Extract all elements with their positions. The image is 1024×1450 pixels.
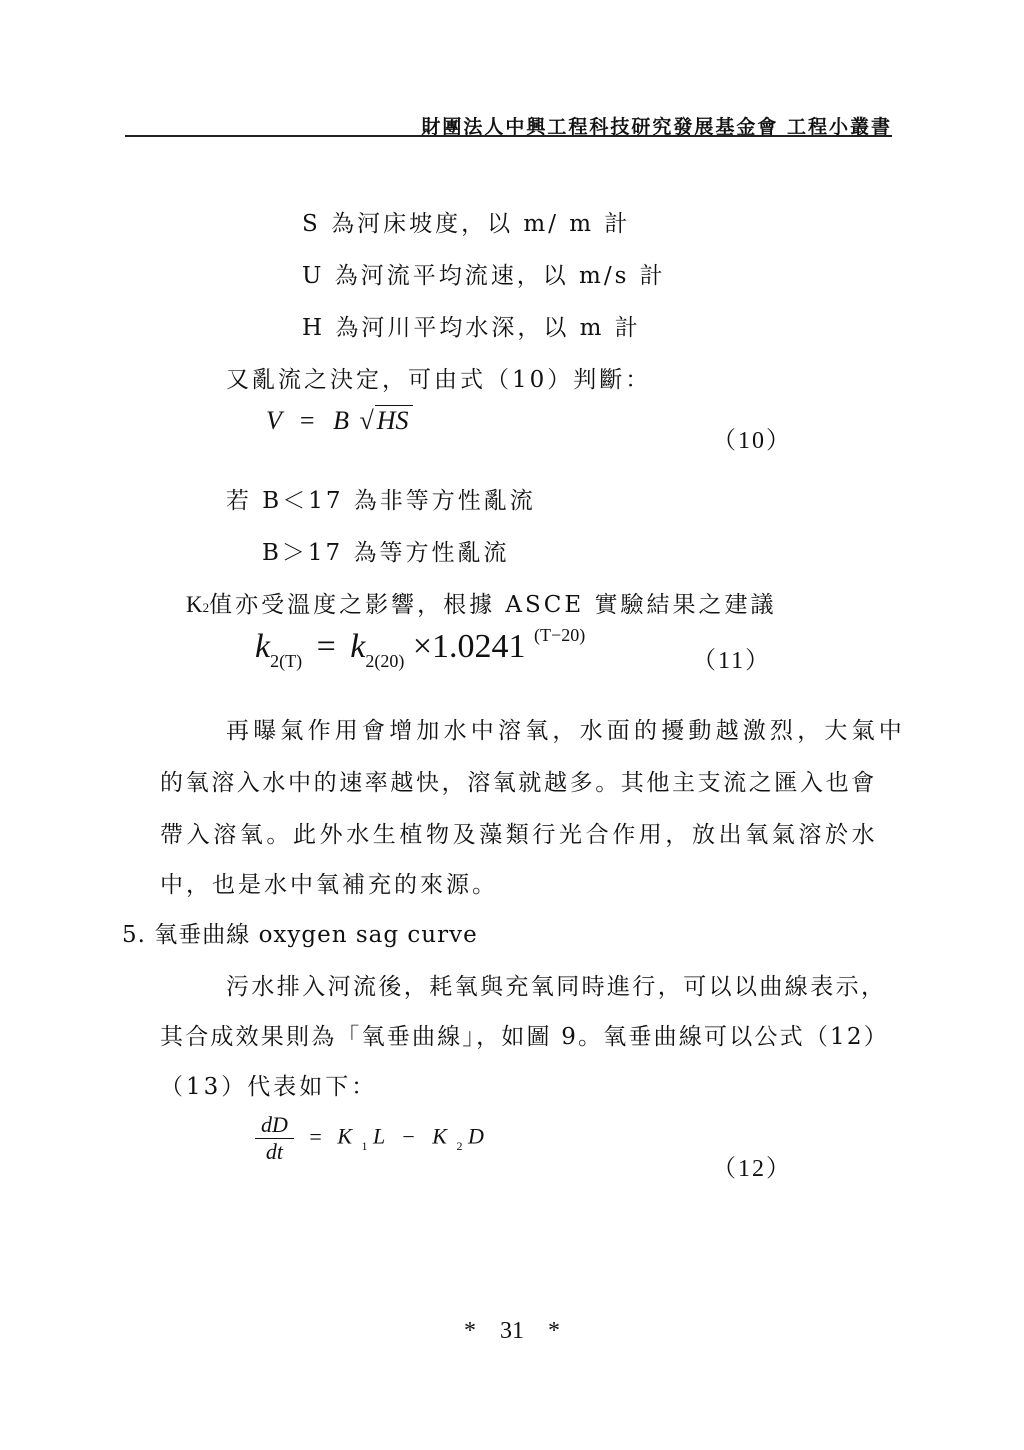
paragraph-line: 帶入溶氧。此外水生植物及藻類行光合作用，放出氧氣溶於水 (160, 816, 878, 849)
condition-anisotropic: 若 B＜17 為非等方性亂流 (226, 482, 536, 515)
equation-10-number: （10） (712, 420, 792, 455)
turbulence-intro: 又亂流之決定，可由式（10）判斷： (226, 361, 651, 394)
eq10-coef: B (333, 406, 349, 435)
equation-11: k2(T) = k2(20) ×1.0241 (T−20) (255, 625, 585, 672)
definition-s: S 為河床坡度，以 m/ m 計 (302, 205, 630, 238)
definition-h: H 為河川平均水深，以 m 計 (302, 309, 641, 342)
equation-12: dD dt = K 1 L − K 2 D (255, 1112, 484, 1165)
definition-u: U 為河流平均流速，以 m/s 計 (302, 257, 666, 290)
paragraph-line: 其合成效果則為「氧垂曲線」，如圖 9。氧垂曲線可以公式（12） (160, 1018, 889, 1051)
paragraph-line: 中，也是水中氧補充的來源。 (160, 866, 498, 899)
equation-12-number: （12） (712, 1148, 792, 1183)
derivative-fraction: dD dt (255, 1112, 294, 1165)
header-rule (125, 135, 892, 137)
k2-temperature-note: K2值亦受溫度之影響，根據 ASCE 實驗結果之建議 (186, 586, 777, 619)
section-heading: 5. 氧垂曲線 oxygen sag curve (122, 916, 478, 949)
page-number: * 31 * (0, 1318, 1024, 1345)
equation-10: V = B √HS (266, 405, 413, 436)
eq10-radicand: HS (375, 405, 413, 436)
paragraph-line: 再曝氣作用會增加水中溶氧，水面的擾動越激烈，大氣中 (226, 712, 906, 745)
paragraph-line: 污水排入河流後，耗氧與充氧同時進行，可以以曲線表示， (226, 968, 886, 1001)
condition-isotropic: B＞17 為等方性亂流 (262, 534, 509, 567)
eq10-equals: = (300, 406, 315, 435)
paragraph-line: 的氧溶入水中的速率越快，溶氧就越多。其他主支流之匯入也會 (160, 764, 877, 797)
equation-11-number: （11） (692, 640, 771, 675)
sqrt-icon: √ (359, 406, 373, 435)
paragraph-line: （13）代表如下： (160, 1068, 377, 1101)
eq10-lhs: V (266, 406, 281, 435)
